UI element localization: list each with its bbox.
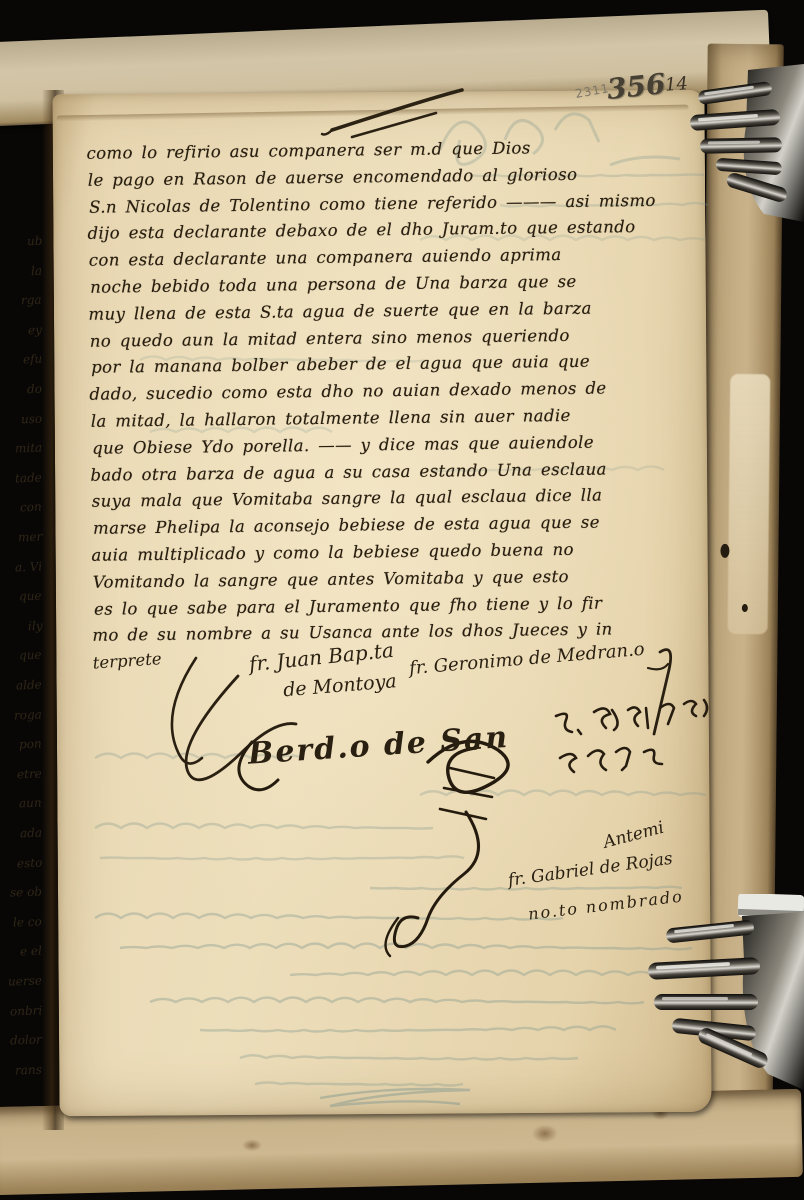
metal-hand-top (690, 64, 804, 222)
metal-highlight (662, 997, 728, 1000)
folio-number: 356 (605, 67, 667, 106)
ring-finger (700, 137, 782, 153)
pencil-annotation: 2311 (574, 81, 610, 101)
leaf-number: 14 (664, 73, 688, 96)
metal-hand-bottom (646, 894, 804, 1094)
ring-finger (654, 994, 758, 1010)
